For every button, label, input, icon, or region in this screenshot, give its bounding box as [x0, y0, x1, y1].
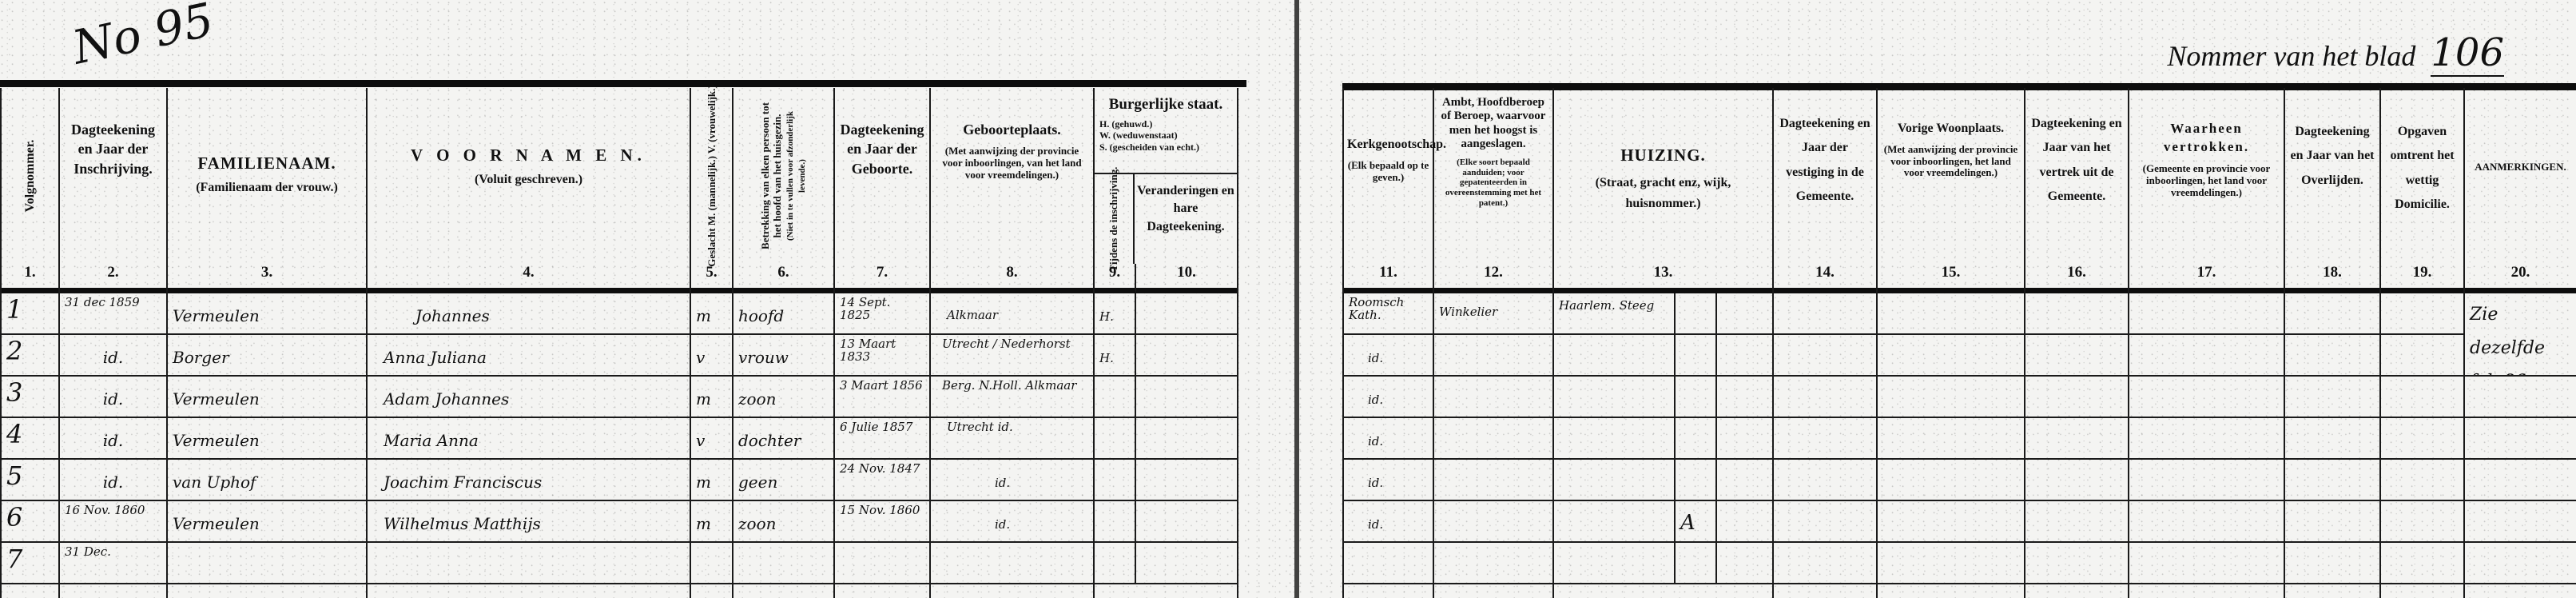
header-vestiging: Dagteekening en Jaar der vestiging in de… — [1777, 112, 1873, 209]
header-waarheen: Waarheen vertrokken. — [2133, 120, 2280, 157]
cell: 4 — [2, 418, 58, 460]
header-geslacht: Geslacht M. (mannelijk.) V. (vrouwelijk.… — [705, 85, 719, 267]
header-tijdens-inschrijving: Tijdens de inschrijving. — [1107, 167, 1120, 272]
header-betrekking: Betrekking van elken persoon tot het hoo… — [759, 102, 783, 249]
left-register-table: Volgnommer. 1. 1 2 3 4 5 6 7 Dagteekenin… — [0, 88, 1238, 598]
aanmerking-note: Zie dezelfde fol. 86. — [2465, 293, 2576, 377]
header-huizing: HUIZING. — [1557, 144, 1769, 166]
cell: 1 — [2, 293, 58, 335]
col-familienaam: FAMILIENAAM. (Familienaam der vrouw.) 3.… — [168, 88, 368, 598]
header-burgerlijke-staat: Burgerlijke staat. — [1095, 96, 1237, 114]
col-vestiging: Dagteekening en Jaar der vestiging in de… — [1774, 88, 1878, 598]
cell: 7 — [2, 543, 58, 584]
page-gutter — [1294, 0, 1299, 598]
left-page: No 95 Volgnommer. 1. 1 2 3 4 5 6 7 Dagte… — [0, 0, 1262, 598]
header-vorige-woonplaats: Vorige Woonplaats. — [1881, 120, 2021, 138]
cell: 2 — [2, 335, 58, 377]
col-geboortedatum: Dagteekening en Jaar der Geboorte. 7. 14… — [835, 88, 931, 598]
cell: 6 — [2, 501, 58, 543]
col-voornamen: V O O R N A M E N. (Voluit geschreven.) … — [368, 88, 691, 598]
col-vorige-woonplaats: Vorige Woonplaats. (Met aanwijzing der p… — [1878, 88, 2025, 598]
col-volgnommer: Volgnommer. 1. 1 2 3 4 5 6 7 — [0, 88, 60, 598]
header-kerkgenootschap: Kerkgenootschap. — [1347, 136, 1429, 153]
header-inschrijving: Dagteekening en Jaar der Inschrijving. — [63, 120, 163, 178]
col-burgerlijke-staat: Burgerlijke staat. H. (gehuwd.) W. (wedu… — [1095, 88, 1238, 598]
header-familienaam: FAMILIENAAM. — [171, 152, 363, 174]
header-geboorteplaats: Geboorteplaats. — [934, 120, 1090, 139]
header-aanmerkingen: AANMERKINGEN. — [2468, 160, 2573, 174]
col-beroep: Ambt, Hoofdberoep of Beroep, waarvoor me… — [1434, 88, 1554, 598]
sheet-number: Nommer van het blad 106 — [2167, 30, 2504, 75]
col-geslacht: Geslacht M. (mannelijk.) V. (vrouwelijk.… — [691, 88, 733, 598]
header-domicilie: Opgaven omtrent het wettig Domicilie. — [2384, 120, 2460, 217]
header-veranderingen: Veranderingen en hare Dagteekening. — [1135, 174, 1237, 264]
col-kerkgenootschap: Kerkgenootschap. (Elk bepaald op te geve… — [1342, 88, 1434, 598]
col-domicilie: Opgaven omtrent het wettig Domicilie. 19… — [2381, 88, 2465, 598]
col-huizing: HUIZING. (Straat, gracht enz, wijk, huis… — [1554, 88, 1774, 598]
col-overlijden: Dagteekening en Jaar van het Overlijden.… — [2285, 88, 2381, 598]
col-vertrek: Dagteekening en Jaar van het vertrek uit… — [2025, 88, 2129, 598]
top-rule — [0, 80, 1246, 87]
folio-number: No 95 — [68, 0, 218, 75]
col-waarheen: Waarheen vertrokken. (Gemeente en provin… — [2129, 88, 2285, 598]
header-volgnommer: Volgnommer. — [22, 140, 39, 213]
cell: 5 — [2, 460, 58, 501]
header-voornamen: V O O R N A M E N. — [371, 144, 686, 166]
col-geboorteplaats: Geboorteplaats. (Met aanwijzing der prov… — [931, 88, 1095, 598]
cell: 3 — [2, 377, 58, 418]
right-register-table: Kerkgenootschap. (Elk bepaald op te geve… — [1342, 88, 2576, 598]
col-inschrijving: Dagteekening en Jaar der Inschrijving. 2… — [60, 88, 168, 598]
header-vertrek: Dagteekening en Jaar van het vertrek uit… — [2029, 112, 2125, 209]
right-page: Nommer van het blad 106 Kerkgenootschap.… — [1310, 0, 2576, 598]
header-geboortedatum: Dagteekening en Jaar der Geboorte. — [838, 120, 926, 178]
header-beroep: Ambt, Hoofdberoep of Beroep, waarvoor me… — [1437, 96, 1549, 151]
header-overlijden: Dagteekening en Jaar van het Overlijden. — [2288, 120, 2376, 193]
col-aanmerkingen: AANMERKINGEN. 20. Zie dezelfde fol. 86. — [2465, 88, 2576, 598]
col-betrekking: Betrekking van elken persoon tot het hoo… — [733, 88, 835, 598]
